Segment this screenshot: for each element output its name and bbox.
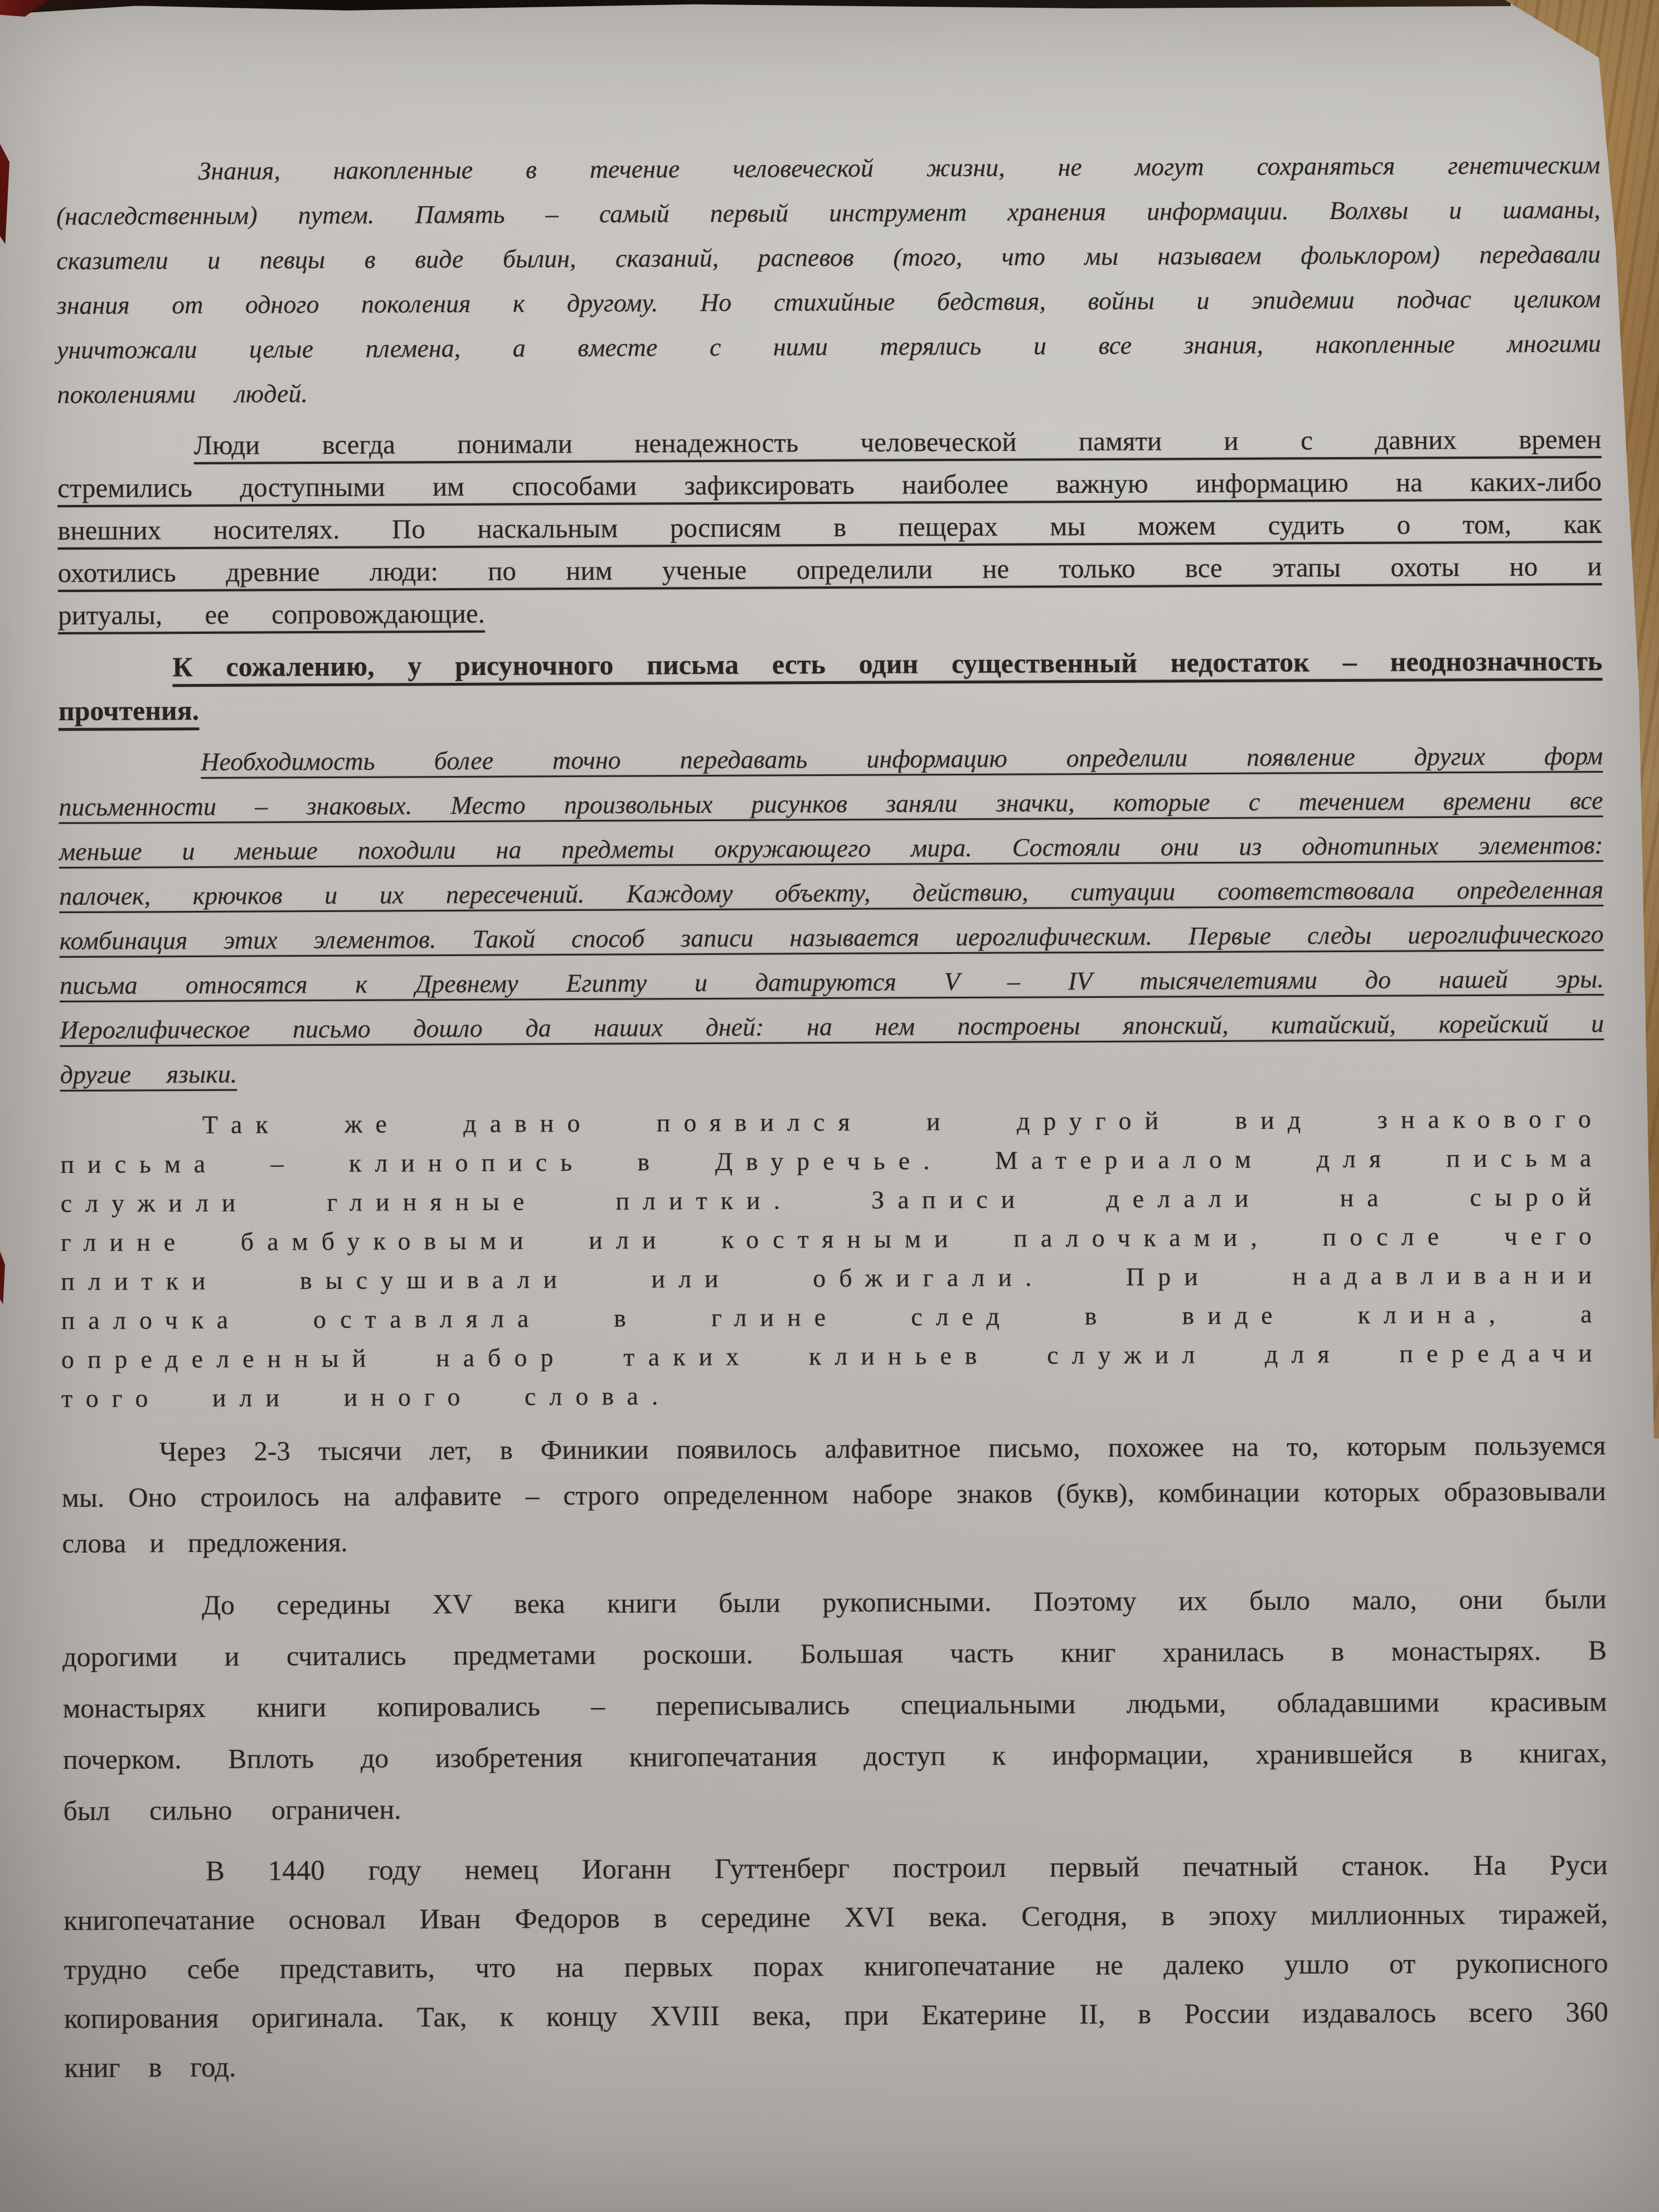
paragraph-phoenician-alphabet: Через 2-3 тысячи лет, в Финикии появилос… <box>61 1423 1606 1566</box>
paper-sheet: Знания, накопленные в течение человеческ… <box>0 0 1659 2212</box>
photo-of-document: { "colors": { "paper": "#c2bfbb", "ink":… <box>0 0 1659 2212</box>
paragraph-memory-intro: Знания, накопленные в течение человеческ… <box>56 143 1601 417</box>
document-text: Знания, накопленные в течение человеческ… <box>56 143 1608 2093</box>
paragraph-cuneiform: Так же давно появился и другой вид знако… <box>60 1099 1605 1418</box>
paragraph-printing-press: В 1440 году немец Иоганн Гуттенберг пост… <box>64 1841 1609 2093</box>
paragraph-hieroglyphic-writing: Необходимость более точно передавать инф… <box>59 734 1604 1097</box>
paragraph-external-media: Люди всегда понимали ненадежность челове… <box>57 418 1603 637</box>
paragraph-manuscript-books: До середины XV века книги были рукописны… <box>62 1573 1608 1836</box>
paragraph-pictographic-drawback: К сожалению, у рисуночного письма есть о… <box>58 639 1603 733</box>
